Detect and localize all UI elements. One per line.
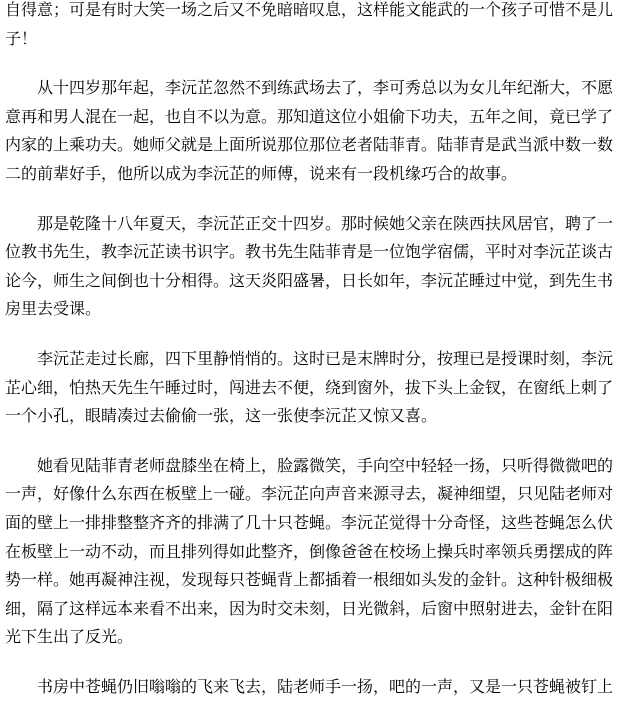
text-line: 面的壁上一排排整整齐齐的排满了几十只苍蝇。李沅芷觉得十分奇怪，这些苍蝇怎么伏 — [5, 509, 613, 538]
text-line: 一声，好像什么东西在板壁上一碰。李沅芷向声音来源寻去，凝神细望，只见陆老师对 — [5, 480, 613, 509]
text-line: 细，隔了这样远本来看不出来，因为时交未刻，日光微斜，后窗中照射进去，金针在阳 — [5, 595, 613, 624]
paragraph: 从十四岁那年起，李沅芷忽然不到练武场去了，李可秀总以为女儿年纪渐大，不愿意再和男… — [5, 74, 613, 188]
text-line: 芷心细，怕热天先生午睡过时，闯进去不便，绕到窗外，拔下头上金钗，在窗纸上刺了 — [5, 374, 613, 403]
document-text: 自得意；可是有时大笑一场之后又不免暗暗叹息，这样能文能武的一个孩子可惜不是儿子！… — [5, 0, 613, 701]
text-line: 在板壁上一动不动，而且排列得如此整齐，倒像爸爸在校场上操兵时率领兵勇摆成的阵 — [5, 538, 613, 567]
text-line: 一个小孔，眼睛凑过去偷偷一张，这一张使李沅芷又惊又喜。 — [5, 402, 613, 431]
text-line: 二的前辈好手，他所以成为李沅芷的师傅，说来有一段机缘巧合的故事。 — [5, 160, 613, 189]
text-line: 房里去受课。 — [5, 295, 613, 324]
text-line: 光下生出了反光。 — [5, 623, 613, 652]
text-line: 李沅芷走过长廊，四下里静悄悄的。这时已是末牌时分，按理已是授课时刻，李沅 — [5, 345, 613, 374]
text-line: 内家的上乘功夫。她师父就是上面所说那位那位老者陆菲青。陆菲青是武当派中数一数 — [5, 131, 613, 160]
text-line: 她看见陆菲青老师盘膝坐在椅上，脸露微笑，手向空中轻轻一扬，只听得微微吧的 — [5, 452, 613, 481]
text-line: 自得意；可是有时大笑一场之后又不免暗暗叹息，这样能文能武的一个孩子可惜不是儿 — [5, 0, 613, 25]
text-line: 从十四岁那年起，李沅芷忽然不到练武场去了，李可秀总以为女儿年纪渐大，不愿 — [5, 74, 613, 103]
text-line: 论今，师生之间倒也十分相得。这天炎阳盛暑，日长如年，李沅芷睡过中觉，到先生书 — [5, 267, 613, 296]
text-line: 意再和男人混在一起，也自不以为意。那知道这位小姐偷下功夫，五年之间，竟已学了 — [5, 103, 613, 132]
text-line: 子！ — [5, 25, 613, 54]
text-line: 那是乾隆十八年夏天，李沅芷正交十四岁。那时候她父亲在陕西扶风居官，聘了一 — [5, 210, 613, 239]
paragraph: 自得意；可是有时大笑一场之后又不免暗暗叹息，这样能文能武的一个孩子可惜不是儿子！ — [5, 0, 613, 53]
paragraph: 李沅芷走过长廊，四下里静悄悄的。这时已是末牌时分，按理已是授课时刻，李沅芷心细，… — [5, 345, 613, 431]
paragraph: 书房中苍蝇仍旧嗡嗡的飞来飞去，陆老师手一扬，吧的一声，又是一只苍蝇被钉上 — [5, 673, 613, 702]
text-line: 势一样。她再凝神注视，发现每只苍蝇背上都插着一根细如头发的金针。这种针极细极 — [5, 566, 613, 595]
text-line: 书房中苍蝇仍旧嗡嗡的飞来飞去，陆老师手一扬，吧的一声，又是一只苍蝇被钉上 — [5, 673, 613, 702]
paragraph: 那是乾隆十八年夏天，李沅芷正交十四岁。那时候她父亲在陕西扶风居官，聘了一位教书先… — [5, 210, 613, 324]
document-page: 自得意；可是有时大笑一场之后又不免暗暗叹息，这样能文能武的一个孩子可惜不是儿子！… — [0, 0, 617, 717]
text-line: 位教书先生，教李沅芷读书识字。教书先生陆菲青是一位饱学宿儒，平时对李沅芷谈古 — [5, 238, 613, 267]
paragraph: 她看见陆菲青老师盘膝坐在椅上，脸露微笑，手向空中轻轻一扬，只听得微微吧的一声，好… — [5, 452, 613, 652]
